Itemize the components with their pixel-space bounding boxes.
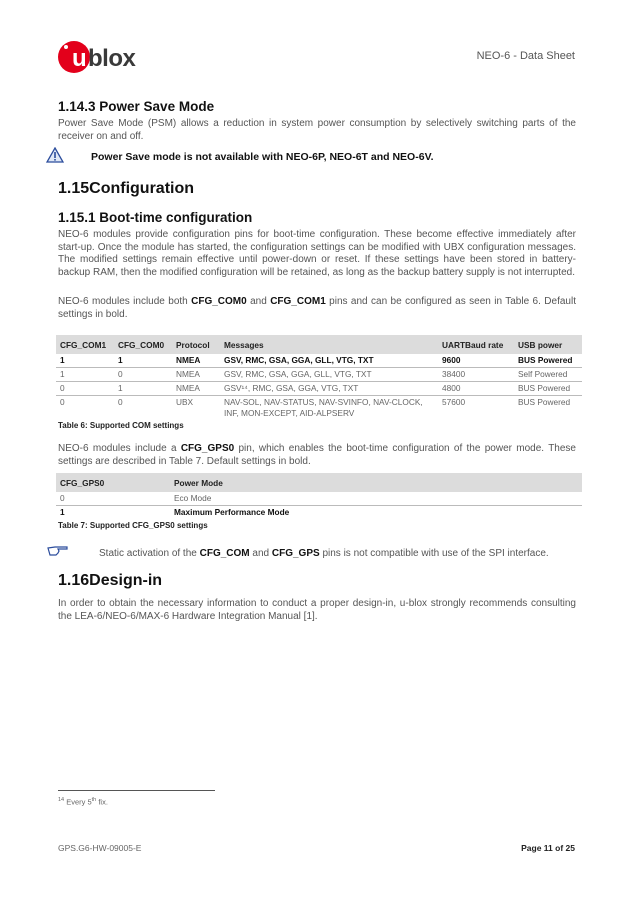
table-row: 1Maximum Performance Mode: [56, 506, 582, 520]
doc-title: NEO-6 - Data Sheet: [477, 50, 575, 62]
col-cfg-com0: CFG_COM0: [114, 335, 172, 354]
gps0-settings-table: CFG_GPS0 Power Mode 0Eco Mode 1Maximum P…: [56, 473, 582, 519]
com-pins-body: NEO-6 modules include both CFG_COM0 and …: [58, 296, 576, 321]
heading-configuration: 1.15Configuration: [58, 180, 194, 198]
heading-design-in: 1.16Design-in: [58, 572, 162, 590]
page-number: Page 11 of 25: [521, 843, 575, 853]
com-settings-table: CFG_COM1 CFG_COM0 Protocol Messages UART…: [56, 335, 582, 420]
power-save-body: Power Save Mode (PSM) allows a reduction…: [58, 118, 576, 143]
table-row: 00UBXNAV-SOL, NAV-STATUS, NAV-SVINFO, NA…: [56, 396, 582, 421]
pointing-hand-icon: [47, 544, 69, 556]
heading-boot-time-configuration: 1.15.1 Boot-time configuration: [58, 210, 252, 225]
table-header-row: CFG_GPS0 Power Mode: [56, 473, 582, 492]
footnote-divider: [58, 790, 215, 791]
col-cfg-gps0: CFG_GPS0: [56, 473, 170, 492]
col-protocol: Protocol: [172, 335, 220, 354]
power-save-warning: Power Save mode is not available with NE…: [91, 151, 434, 163]
ublox-logo: u blox: [58, 40, 148, 74]
col-power-mode: Power Mode: [170, 473, 582, 492]
col-messages: Messages: [220, 335, 438, 354]
logo-u: u: [72, 46, 87, 72]
footnote: 14 Every 5th fix.: [58, 797, 108, 807]
warning-triangle-icon: [46, 147, 64, 163]
table-row: 01NMEAGSV¹⁴, RMC, GSA, GGA, VTG, TXT4800…: [56, 382, 582, 396]
boot-time-body: NEO-6 modules provide configuration pins…: [58, 229, 576, 279]
col-usb-power: USB power: [514, 335, 582, 354]
table-row: 10NMEAGSV, RMC, GSA, GGA, GLL, VTG, TXT3…: [56, 368, 582, 382]
table6-caption: Table 6: Supported COM settings: [58, 421, 184, 430]
design-in-body: In order to obtain the necessary informa…: [58, 598, 576, 623]
logo-text: blox: [88, 46, 135, 72]
doc-id: GPS.G6-HW-09005-E: [58, 843, 141, 853]
heading-power-save-mode: 1.14.3 Power Save Mode: [58, 99, 214, 114]
col-baud: UARTBaud rate: [438, 335, 514, 354]
logo-dot-icon: [64, 45, 68, 49]
gps0-body: NEO-6 modules include a CFG_GPS0 pin, wh…: [58, 443, 576, 468]
table-header-row: CFG_COM1 CFG_COM0 Protocol Messages UART…: [56, 335, 582, 354]
table-row: 0Eco Mode: [56, 492, 582, 506]
spi-hint: Static activation of the CFG_COM and CFG…: [99, 548, 579, 561]
table-row: 11NMEAGSV, RMC, GSA, GGA, GLL, VTG, TXT9…: [56, 354, 582, 368]
col-cfg-com1: CFG_COM1: [56, 335, 114, 354]
table7-caption: Table 7: Supported CFG_GPS0 settings: [58, 521, 208, 530]
